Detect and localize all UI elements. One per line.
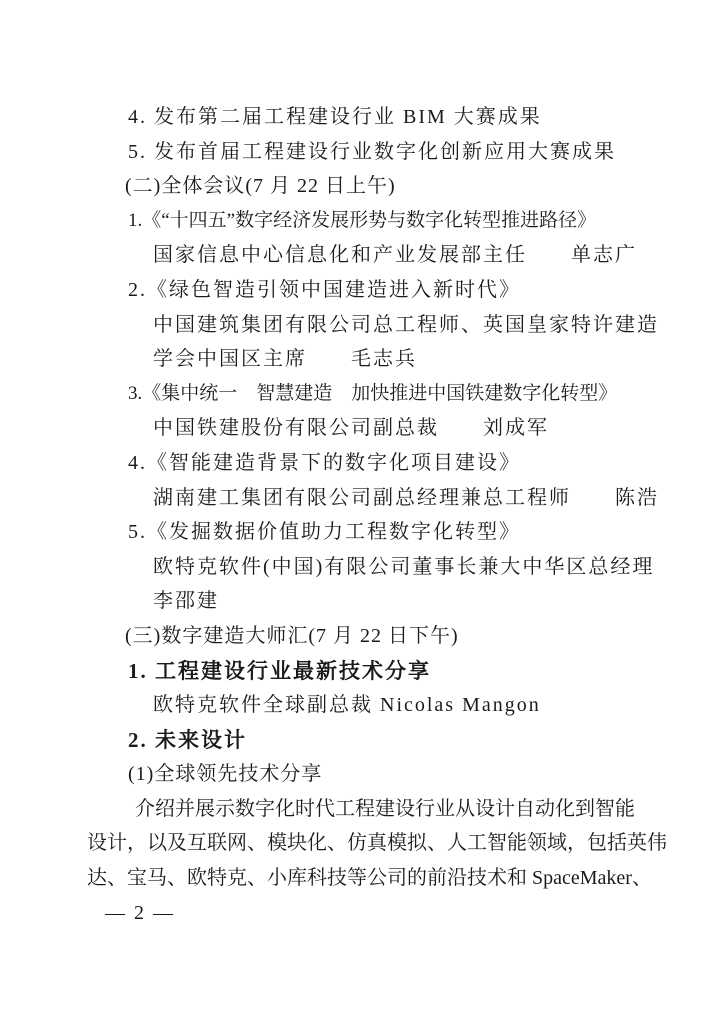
talk-title: 1.《“十四五”数字经济发展形势与数字化转型推进路径》	[128, 204, 723, 239]
section-heading: (三)数字建造大师汇(7 月 22 日下午)	[125, 619, 723, 654]
topic-heading: 1. 工程建设行业最新技术分享	[128, 654, 723, 689]
speaker-line: 学会中国区主席 毛志兵	[153, 342, 723, 377]
talk-title: 2.《绿色智造引领中国建造进入新时代》	[128, 273, 723, 308]
list-item: 5. 发布首届工程建设行业数字化创新应用大赛成果	[128, 135, 723, 170]
speaker-line: 欧特克软件全球副总裁 Nicolas Mangon	[153, 688, 723, 723]
topic-heading: 2. 未来设计	[128, 723, 723, 758]
list-item: 4. 发布第二届工程建设行业 BIM 大赛成果	[128, 100, 723, 135]
speaker-line: 国家信息中心信息化和产业发展部主任 单志广	[153, 238, 723, 273]
speaker-line: 湖南建工集团有限公司副总经理兼总工程师 陈浩	[153, 481, 723, 516]
speaker-line: 中国建筑集团有限公司总工程师、英国皇家特许建造	[153, 308, 723, 343]
sub-heading: (1)全球领先技术分享	[128, 757, 723, 792]
speaker-line: 中国铁建股份有限公司副总裁 刘成军	[153, 411, 723, 446]
document-page: 4. 发布第二届工程建设行业 BIM 大赛成果 5. 发布首届工程建设行业数字化…	[0, 0, 723, 1024]
section-heading: (二)全体会议(7 月 22 日上午)	[125, 169, 723, 204]
paragraph-line: 设计，以及互联网、模块化、仿真模拟、人工智能领域，包括英伟	[87, 826, 723, 861]
speaker-line: 欧特克软件(中国)有限公司董事长兼大中华区总经理	[153, 550, 723, 585]
talk-title: 3.《集中统一 智慧建造 加快推进中国铁建数字化转型》	[128, 377, 723, 412]
paragraph-line: 达、宝马、欧特克、小库科技等公司的前沿技术和 SpaceMaker、	[87, 861, 723, 896]
talk-title: 5.《发掘数据价值助力工程数字化转型》	[128, 515, 723, 550]
speaker-line: 李邵建	[153, 584, 723, 619]
document-body: 4. 发布第二届工程建设行业 BIM 大赛成果 5. 发布首届工程建设行业数字化…	[0, 100, 723, 926]
talk-title: 4.《智能建造背景下的数字化项目建设》	[128, 446, 723, 481]
page-number: — 2 —	[105, 900, 723, 926]
paragraph-line: 介绍并展示数字化时代工程建设行业从设计自动化到智能	[87, 792, 723, 827]
